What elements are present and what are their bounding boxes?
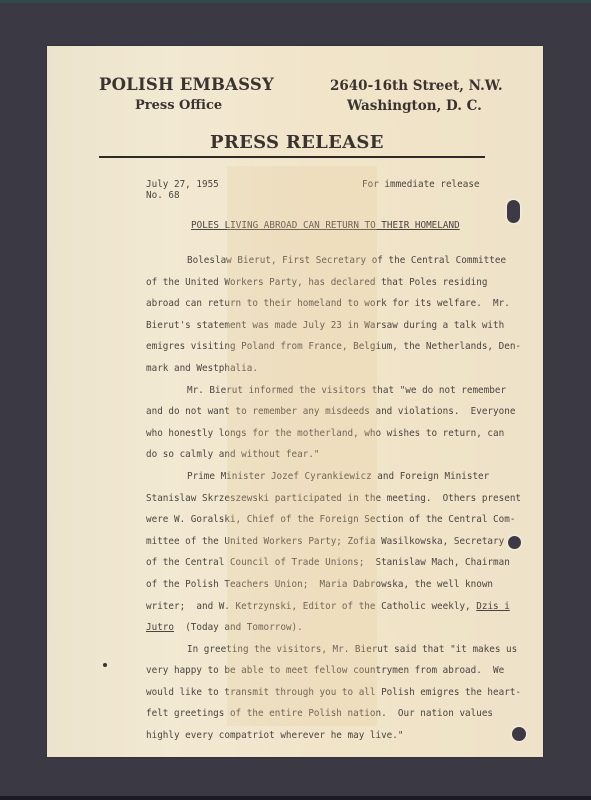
body-line: Bierut's statement was made July 23 in W… xyxy=(146,315,546,337)
body-line: emigres visiting Poland from France, Bel… xyxy=(146,336,546,358)
body-line: highly every compatriot wherever he may … xyxy=(146,725,546,747)
body-line: writer; and W. Ketrzynski, Editor of the… xyxy=(146,596,546,618)
letterhead-address-line2: Washington, D. C. xyxy=(347,98,482,114)
body-line: would like to transmit through you to al… xyxy=(146,682,546,704)
body-line: very happy to be able to meet fellow cou… xyxy=(146,660,546,682)
body-text: Boleslaw Bierut, First Secretary of the … xyxy=(146,250,546,747)
release-date: July 27, 1955 xyxy=(146,179,219,190)
body-line: of the United Workers Party, has declare… xyxy=(146,272,546,294)
body-line: do so calmly and without fear." xyxy=(146,444,546,466)
body-line: felt greetings of the entire Polish nati… xyxy=(146,703,546,725)
body-line: In greeting the visitors, Mr. Bierut sai… xyxy=(146,639,546,661)
body-line: Stanislaw Skrzeszewski participated in t… xyxy=(146,488,546,510)
letterhead-address-line1: 2640-16th Street, N.W. xyxy=(330,78,503,94)
body-line: mittee of the United Workers Party; Zofi… xyxy=(146,531,546,553)
body-line: abroad can return to their homeland to w… xyxy=(146,293,546,315)
body-line: were W. Goralski, Chief of the Foreign S… xyxy=(146,509,546,531)
body-line: who honestly longs for the motherland, w… xyxy=(146,423,546,445)
top-edge-strip xyxy=(0,0,591,3)
publication-title: Dzis i xyxy=(476,601,510,612)
release-note: For immediate release xyxy=(362,179,480,190)
ink-speck xyxy=(103,663,107,667)
bottom-edge-strip xyxy=(0,796,591,800)
headline: POLES LIVING ABROAD CAN RETURN TO THEIR … xyxy=(191,220,460,231)
body-line: of the Central Council of Trade Unions; … xyxy=(146,552,546,574)
punch-hole-bottom xyxy=(512,727,526,741)
body-line: mark and Westphalia. xyxy=(146,358,546,380)
punch-hole-top xyxy=(507,200,520,223)
punch-hole-middle xyxy=(508,536,521,549)
body-line: Jutro (Today and Tomorrow). xyxy=(146,617,546,639)
body-line: Prime Minister Jozef Cyrankiewicz and Fo… xyxy=(146,466,546,488)
body-line: Mr. Bierut informed the visitors that "w… xyxy=(146,380,546,402)
publication-title: Jutro xyxy=(146,622,174,633)
body-line: Boleslaw Bierut, First Secretary of the … xyxy=(146,250,546,272)
release-number: No. 68 xyxy=(146,190,180,201)
header-rule xyxy=(99,156,485,158)
press-release-page: POLISH EMBASSY Press Office 2640-16th St… xyxy=(47,46,543,757)
document-type-title: PRESS RELEASE xyxy=(210,132,384,153)
letterhead-office: Press Office xyxy=(135,98,222,113)
letterhead-org-name: POLISH EMBASSY xyxy=(99,75,274,94)
body-line: and do not want to remember any misdeeds… xyxy=(146,401,546,423)
body-line: of the Polish Teachers Union; Maria Dabr… xyxy=(146,574,546,596)
